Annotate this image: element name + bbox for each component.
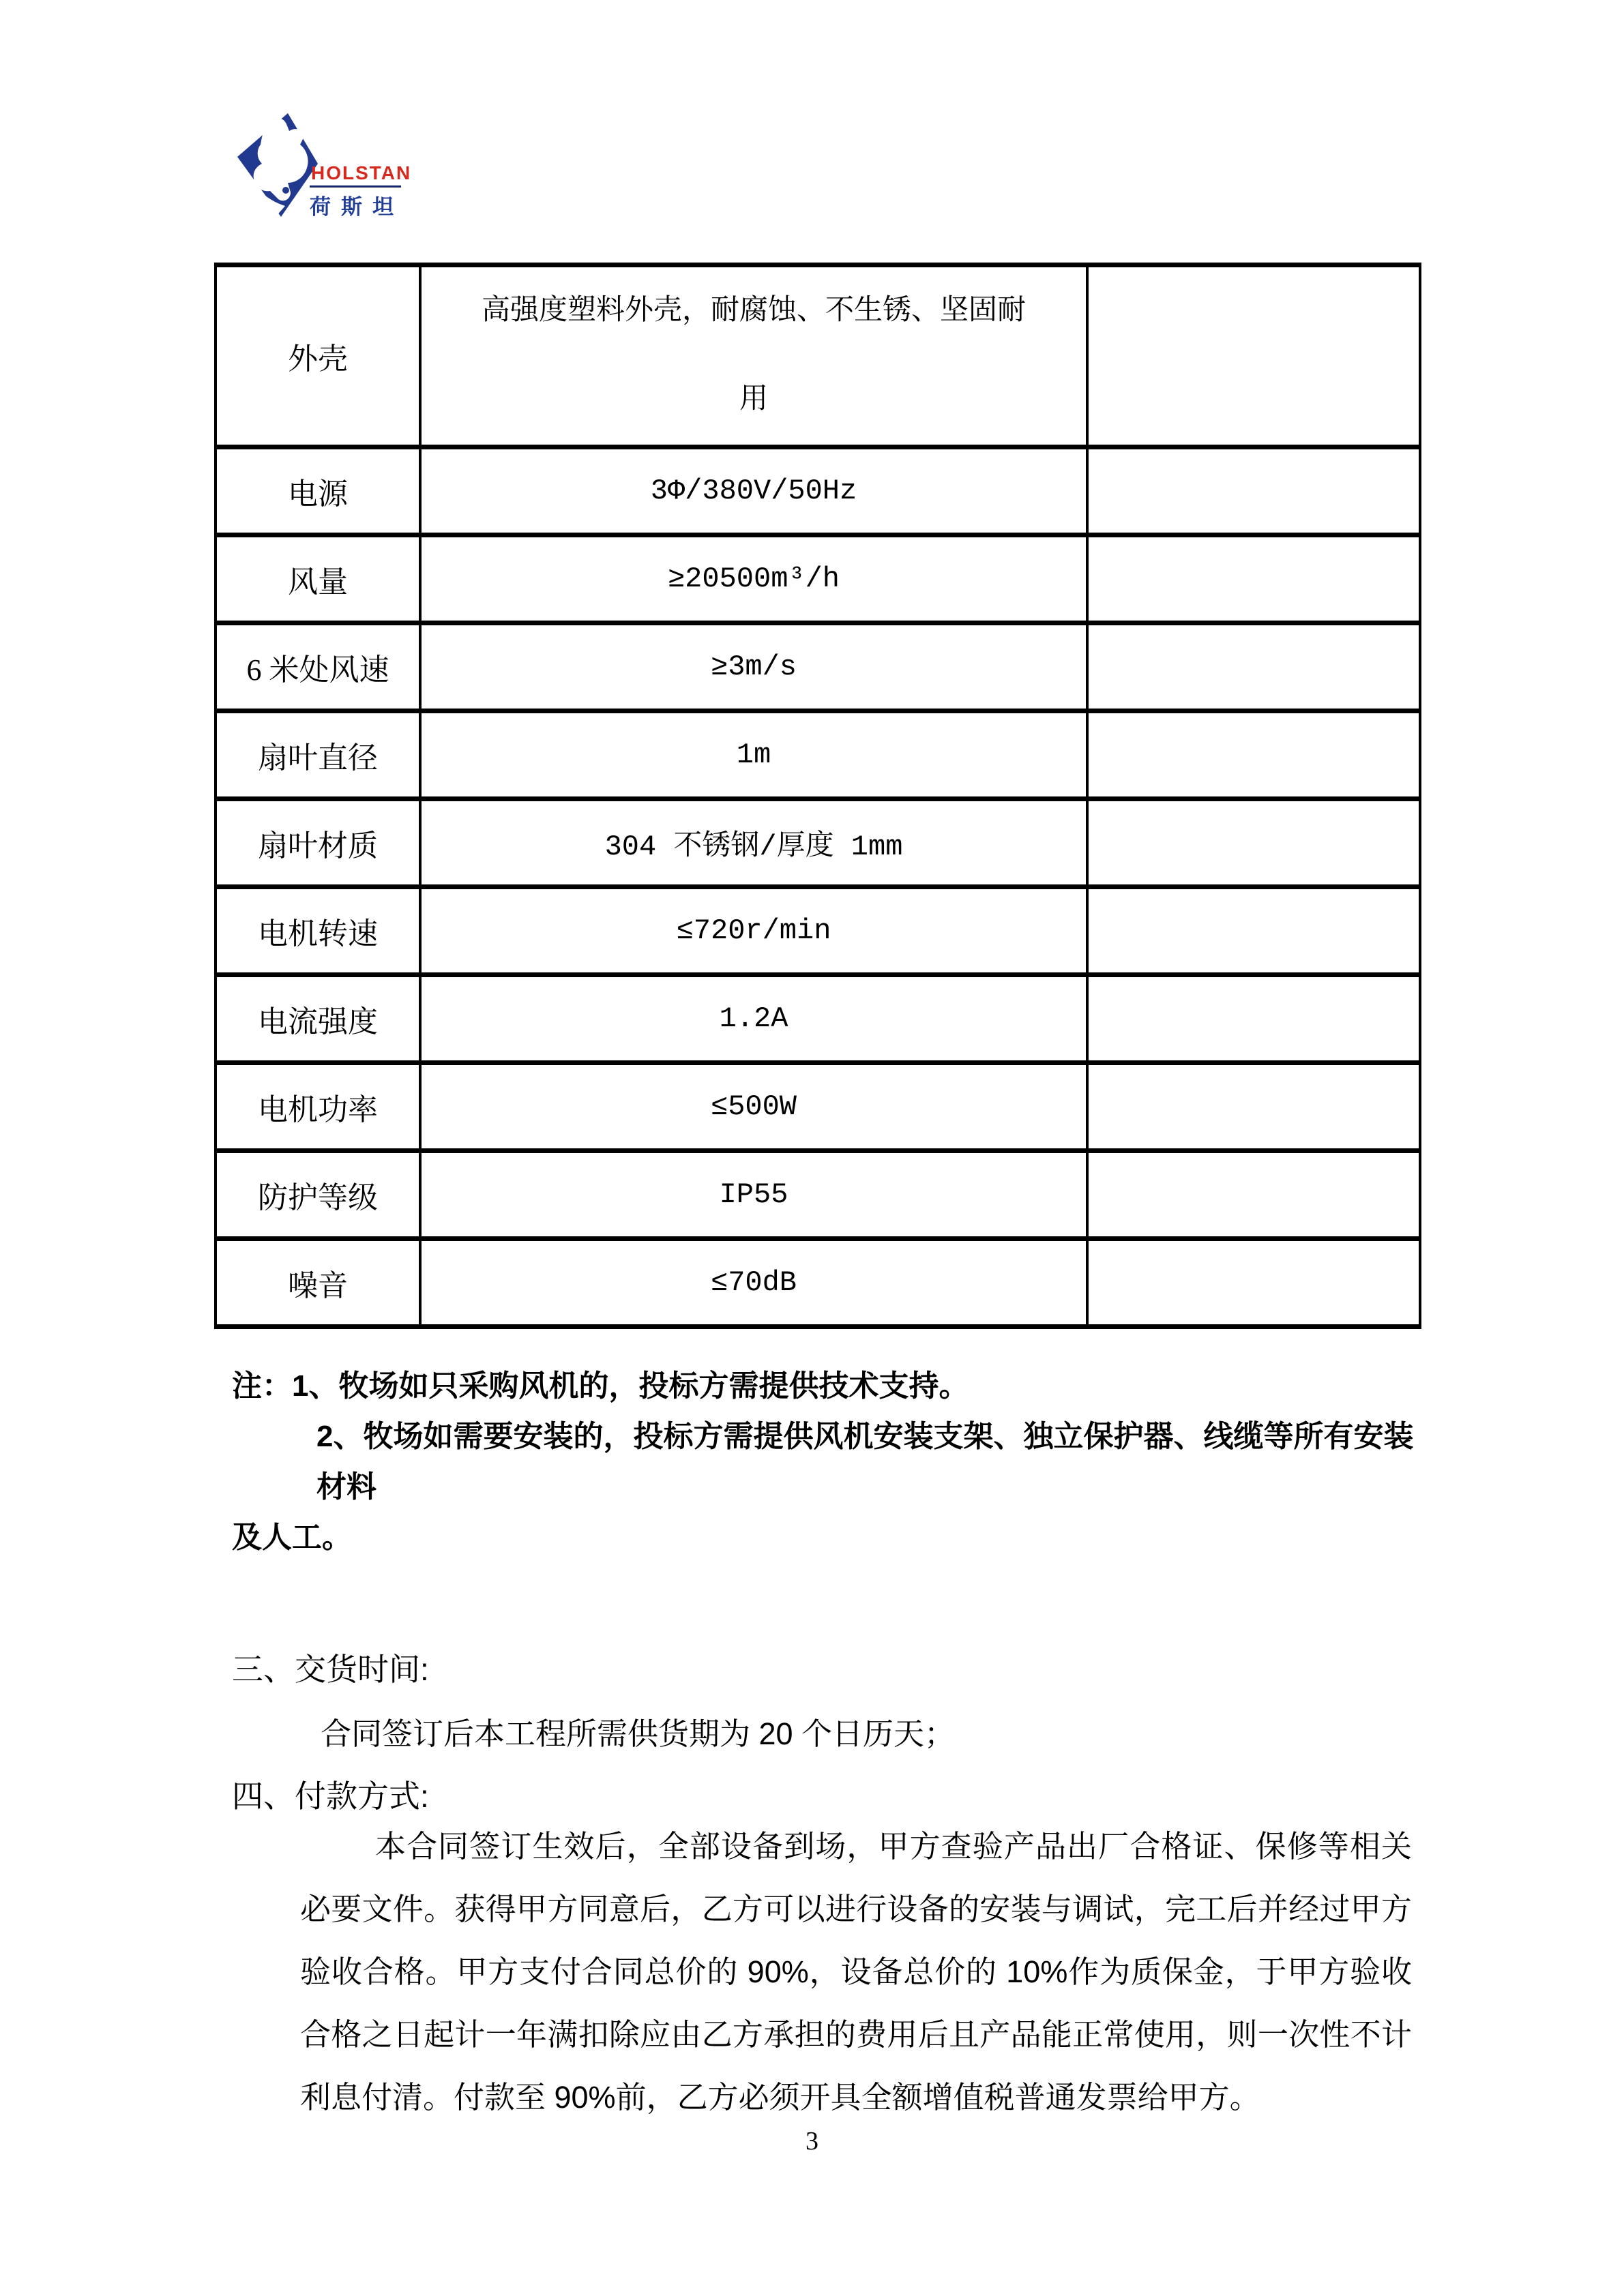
- table-row: 扇叶直径 1m: [216, 711, 1420, 799]
- note-line-2: 2、牧场如需要安装的，投标方需提供风机安装支架、独立保护器、线缆等所有安装材料: [232, 1412, 1419, 1512]
- spec-remark-cell: [1087, 447, 1420, 535]
- spec-value-cell: 1.2A: [420, 975, 1087, 1063]
- spec-label-cell: 外壳: [216, 265, 420, 447]
- spec-label-cell: 电机功率: [216, 1063, 420, 1151]
- spec-remark-cell: [1087, 1239, 1420, 1327]
- spec-remark-cell: [1087, 1151, 1420, 1239]
- table-row: 风量 ≥20500m³/h: [216, 535, 1420, 623]
- spec-label-cell: 风量: [216, 535, 420, 623]
- spec-remark-cell: [1087, 887, 1420, 975]
- spec-label-cell: 扇叶直径: [216, 711, 420, 799]
- spec-remark-cell: [1087, 711, 1420, 799]
- spec-remark-cell: [1087, 799, 1420, 887]
- spec-value-cell: ≤500W: [420, 1063, 1087, 1151]
- table-row: 电机功率 ≤500W: [216, 1063, 1420, 1151]
- logo-diamond-graphic: [232, 109, 322, 222]
- table-row: 防护等级 IP55: [216, 1151, 1420, 1239]
- brand-name-en: HOLSTAN: [311, 162, 411, 184]
- spec-value-cell: 3Φ/380V/50Hz: [420, 447, 1087, 535]
- spec-label-cell: 扇叶材质: [216, 799, 420, 887]
- spec-remark-cell: [1087, 1063, 1420, 1151]
- spec-label-cell: 防护等级: [216, 1151, 420, 1239]
- notes-block: 注：1、牧场如只采购风机的，投标方需提供技术支持。 2、牧场如需要安装的，投标方…: [232, 1361, 1419, 1563]
- spec-value-cell: IP55: [420, 1151, 1087, 1239]
- brand-name-cn: 荷斯坦: [310, 190, 404, 220]
- spec-value-cell: ≤70dB: [420, 1239, 1087, 1327]
- spec-remark-cell: [1087, 265, 1420, 447]
- table-row: 电机转速 ≤720r/min: [216, 887, 1420, 975]
- spec-remark-cell: [1087, 623, 1420, 711]
- table-row: 外壳 高强度塑料外壳，耐腐蚀、不生锈、坚固耐 用: [216, 265, 1420, 447]
- spec-label-cell: 电机转速: [216, 887, 420, 975]
- spec-label-cell: 电源: [216, 447, 420, 535]
- page-number: 3: [0, 2126, 1624, 2156]
- spec-value-cell: ≤720r/min: [420, 887, 1087, 975]
- spec-label-cell: 6 米处风速: [216, 623, 420, 711]
- table-row: 噪音 ≤70dB: [216, 1239, 1420, 1327]
- table-row: 6 米处风速 ≥3m/s: [216, 623, 1420, 711]
- spec-remark-cell: [1087, 535, 1420, 623]
- spec-remark-cell: [1087, 975, 1420, 1063]
- table-row: 电源 3Φ/380V/50Hz: [216, 447, 1420, 535]
- delivery-time-heading: 三、交货时间:: [232, 1645, 429, 1690]
- table-row: 扇叶材质 304 不锈钢/厚度 1mm: [216, 799, 1420, 887]
- nostril-dot: [282, 187, 289, 194]
- spec-label-cell: 电流强度: [216, 975, 420, 1063]
- spec-label-cell: 噪音: [216, 1239, 420, 1327]
- payment-method-heading: 四、付款方式:: [232, 1772, 429, 1817]
- note-line-1: 注：1、牧场如只采购风机的，投标方需提供技术支持。: [232, 1361, 1419, 1412]
- company-logo: HOLSTAN 荷斯坦: [232, 109, 464, 228]
- spec-value-cell: ≥3m/s: [420, 623, 1087, 711]
- spec-value-cell: ≥20500m³/h: [420, 535, 1087, 623]
- spec-value-cell: 高强度塑料外壳，耐腐蚀、不生锈、坚固耐 用: [420, 265, 1087, 447]
- spec-value-cell: 304 不锈钢/厚度 1mm: [420, 799, 1087, 887]
- spec-table: 外壳 高强度塑料外壳，耐腐蚀、不生锈、坚固耐 用 电源 3Φ/380V/50Hz…: [214, 263, 1421, 1329]
- document-page: HOLSTAN 荷斯坦 外壳 高强度塑料外壳，耐腐蚀、不生锈、坚固耐 用 电源 …: [0, 0, 1624, 2296]
- table-row: 电流强度 1.2A: [216, 975, 1420, 1063]
- delivery-time-body: 合同签订后本工程所需供货期为 20 个日历天；: [321, 1709, 955, 1753]
- payment-method-body: 本合同签订生效后，全部设备到场，甲方查验产品出厂合格证、保修等相关必要文件。获得…: [300, 1815, 1412, 2129]
- brand-underline: [310, 185, 401, 188]
- note-line-3: 及人工。: [232, 1512, 1419, 1563]
- spec-value-cell: 1m: [420, 711, 1087, 799]
